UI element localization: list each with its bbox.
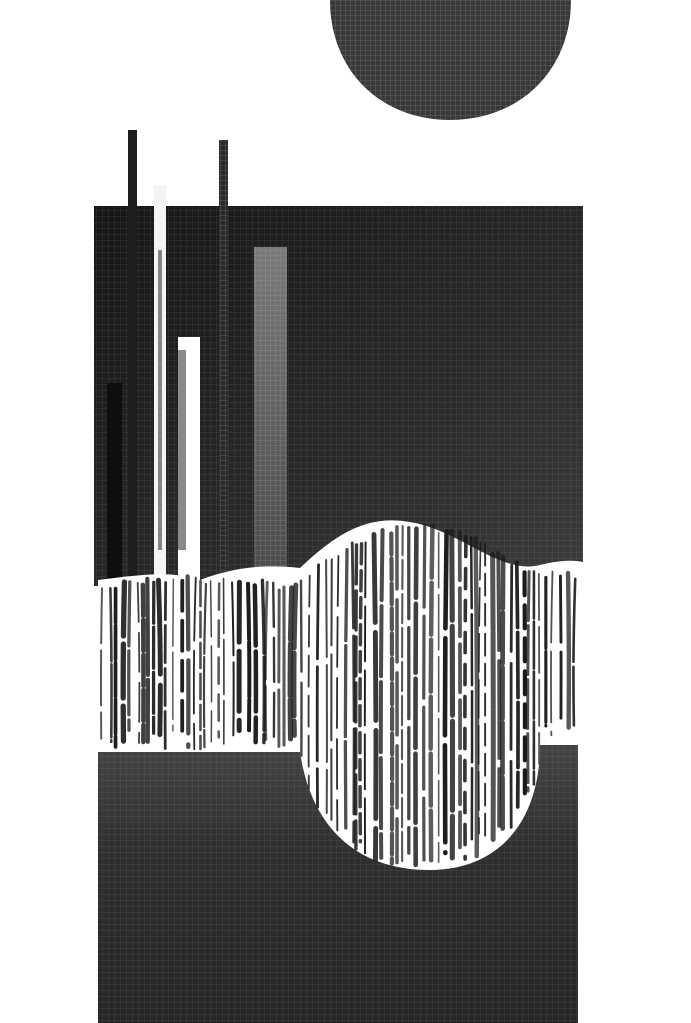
lower-dark-panel [98, 745, 578, 1023]
artwork-canvas [0, 0, 691, 1023]
dark-sky-panel [94, 206, 583, 586]
tower-dark-left [128, 130, 137, 580]
tower-strips [107, 130, 287, 587]
tower-shadow [107, 383, 122, 583]
half-circle-sun [330, 0, 571, 120]
